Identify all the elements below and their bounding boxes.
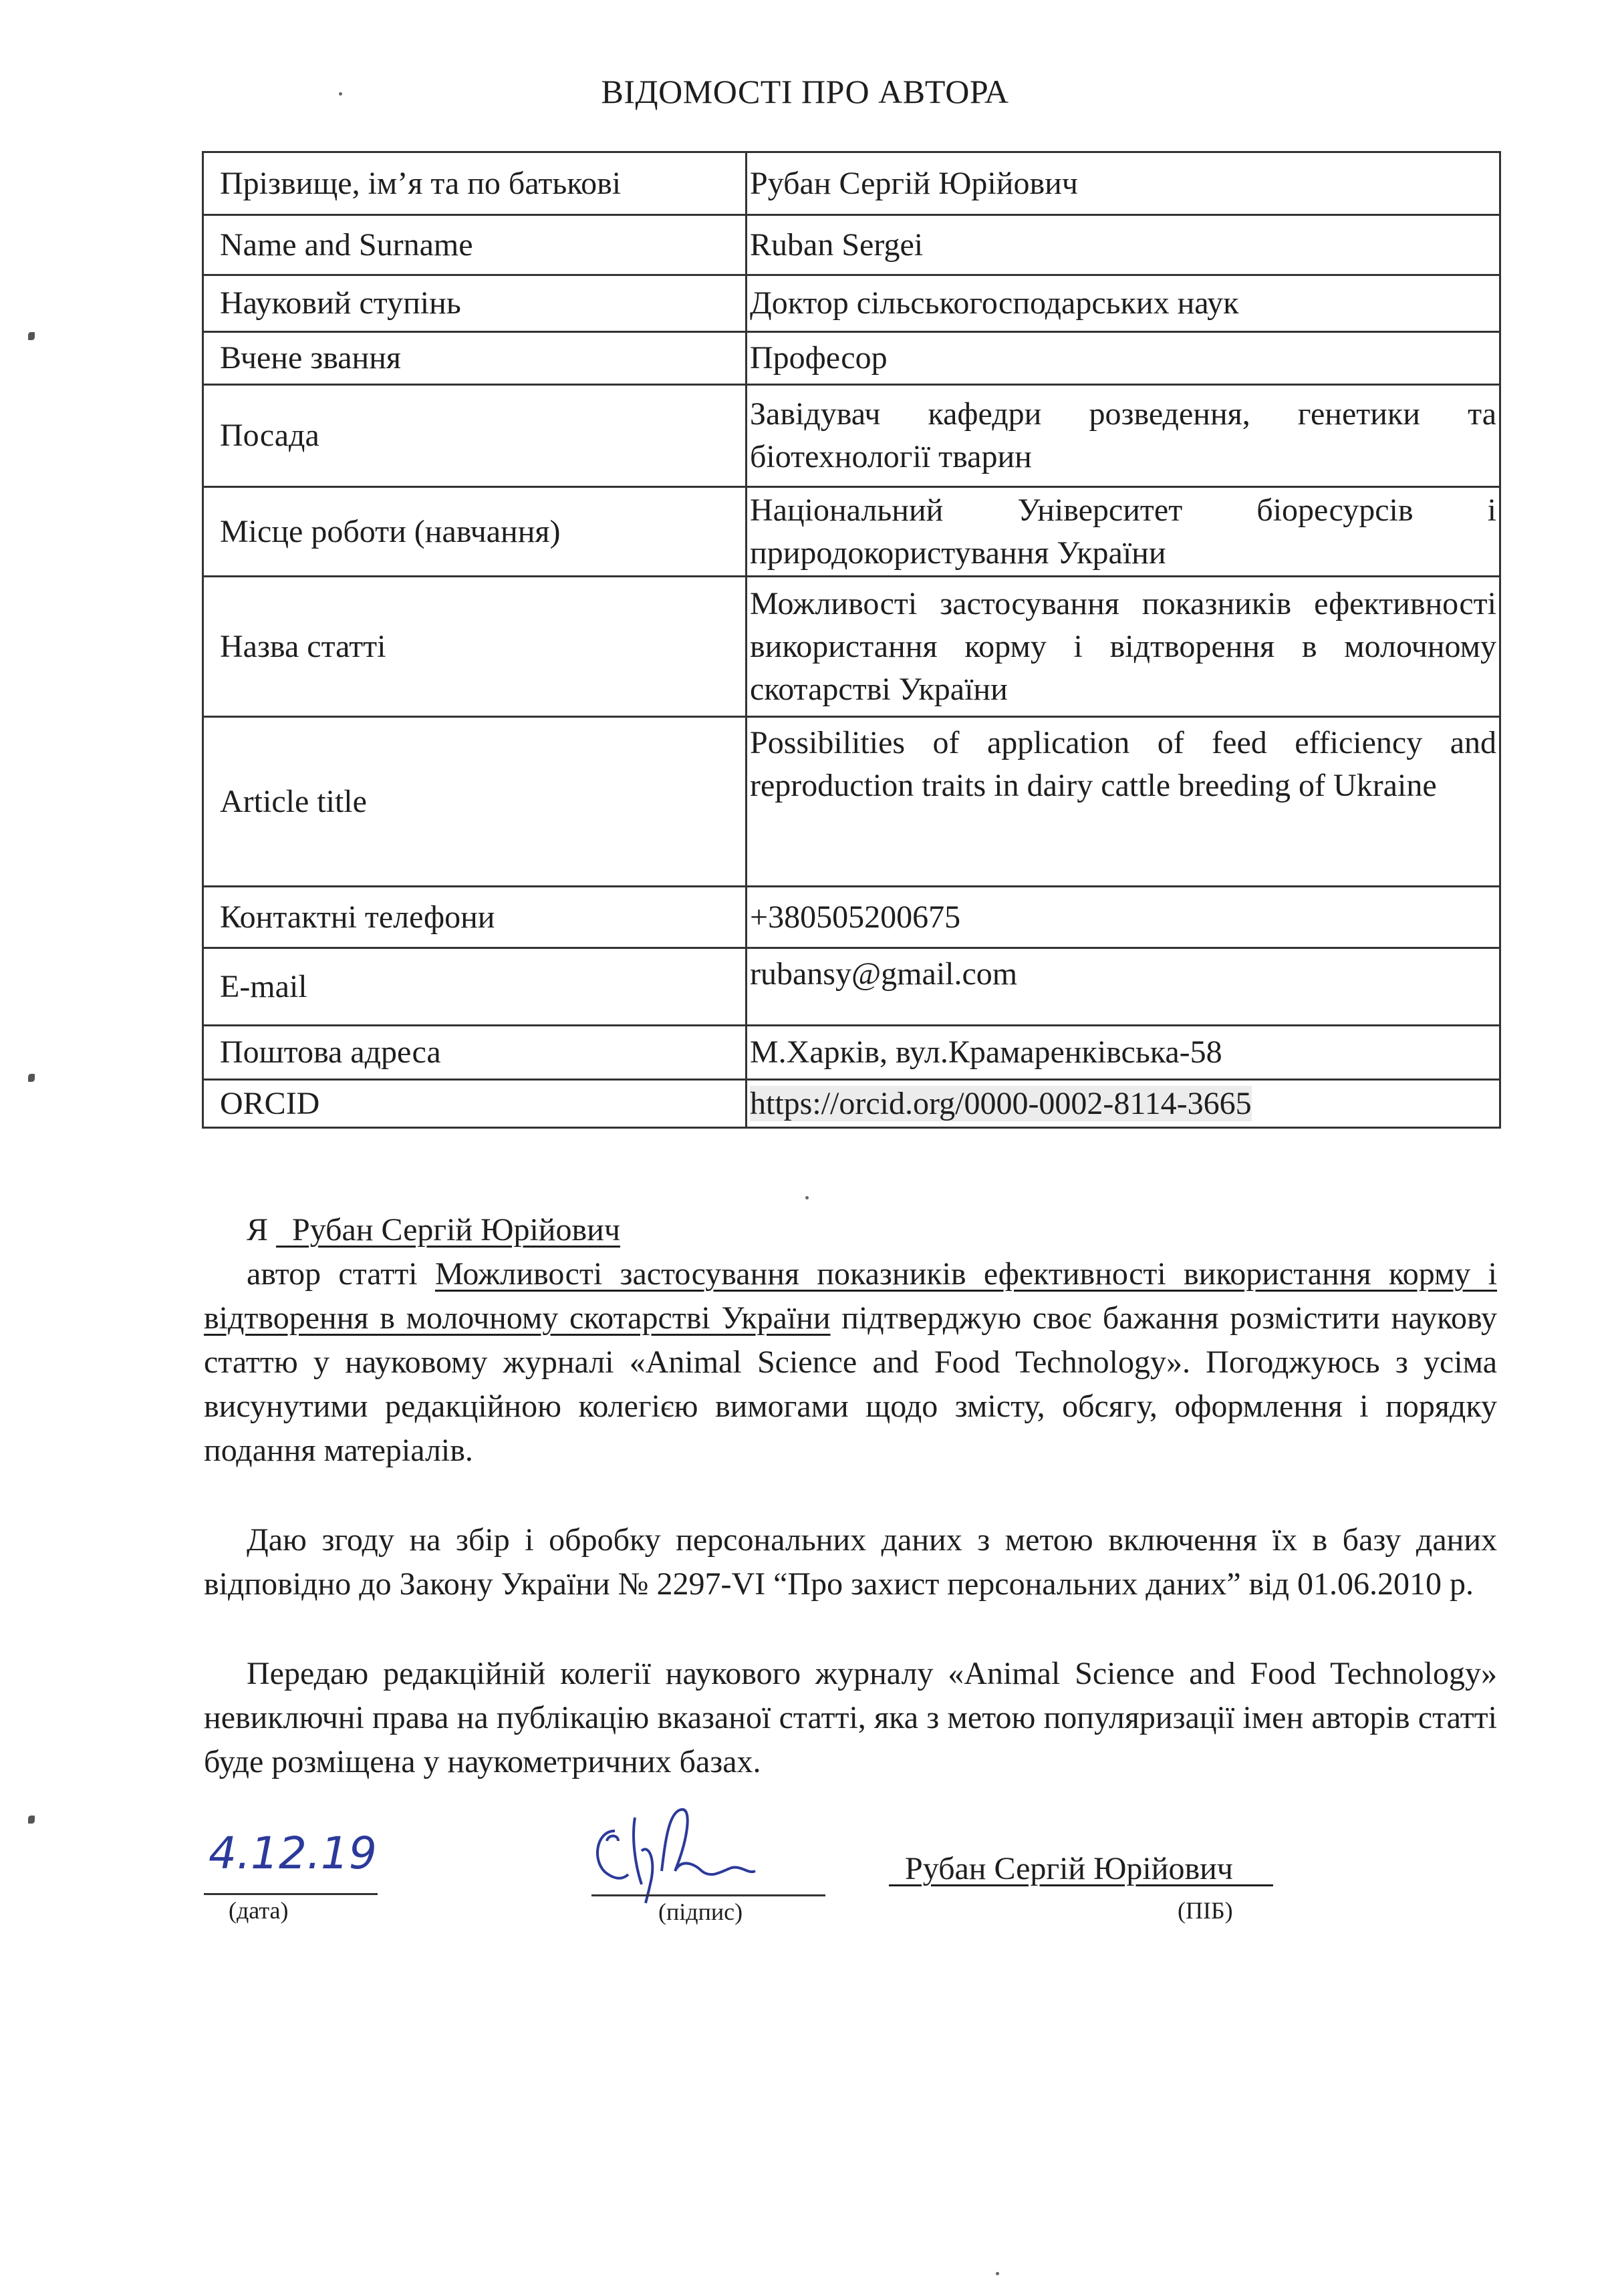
scan-dot — [339, 92, 342, 96]
date-line — [204, 1893, 378, 1895]
row-value: Рубан Сергій Юрійович — [747, 152, 1500, 215]
row-value: rubansy@gmail.com — [747, 948, 1500, 1026]
table-row: E-mail rubansy@gmail.com — [203, 948, 1500, 1026]
table-row: Науковий ступінь Доктор сільськогосподар… — [203, 275, 1500, 332]
table-row: Поштова адреса М.Харків, вул.Крамаренків… — [203, 1026, 1500, 1080]
row-label: Контактні телефони — [203, 887, 747, 948]
table-row: Контактні телефони +380505200675 — [203, 887, 1500, 948]
signature-caption: (підпис) — [658, 1898, 743, 1926]
row-label: ORCID — [203, 1080, 747, 1128]
scan-mark — [28, 1816, 35, 1824]
row-label: Поштова адреса — [203, 1026, 747, 1080]
row-label: Науковий ступінь — [203, 275, 747, 332]
full-name: Рубан Сергій Юрійович — [889, 1851, 1273, 1886]
full-name-line: Рубан Сергій Юрійович — [889, 1847, 1370, 1891]
table-row: Вчене звання Професор — [203, 332, 1500, 385]
full-name-caption: (ПІБ) — [1178, 1896, 1233, 1924]
table-row: Article title Possibilities of applicati… — [203, 717, 1500, 887]
declaration-paragraph-3: Передаю редакційній колегії наукового жу… — [204, 1652, 1497, 1784]
table-row: Name and Surname Ruban Sergei — [203, 215, 1500, 275]
row-label: Посада — [203, 385, 747, 487]
handwritten-date: 4.12.19 — [209, 1828, 377, 1879]
declaration-author-name: Рубан Сергій Юрійович — [276, 1212, 620, 1248]
table-row: Посада Завідувач кафедри розведення, ген… — [203, 385, 1500, 487]
declaration-paragraph-1: автор статті Можливості застосування пок… — [204, 1252, 1497, 1473]
row-value: Possibilities of application of feed eff… — [747, 717, 1500, 887]
document-title: ВІДОМОСТІ ПРО АВТОРА — [0, 72, 1610, 111]
table-row: Місце роботи (навчання) Національний Уні… — [203, 487, 1500, 577]
row-label: Name and Surname — [203, 215, 747, 275]
row-value: +380505200675 — [747, 887, 1500, 948]
row-value: Можливості застосування показників ефект… — [747, 577, 1500, 717]
row-value: Національний Університет біоресурсів і п… — [747, 487, 1500, 577]
scan-dot — [996, 2272, 999, 2275]
date-caption: (дата) — [229, 1896, 289, 1924]
row-label: E-mail — [203, 948, 747, 1026]
row-label: Місце роботи (навчання) — [203, 487, 747, 577]
row-value: Завідувач кафедри розведення, генетики т… — [747, 385, 1500, 487]
author-of-article-prefix: автор статті — [247, 1256, 418, 1292]
row-value: Ruban Sergei — [747, 215, 1500, 275]
orcid-link[interactable]: https://orcid.org/0000-0002-8114-3665 — [750, 1086, 1252, 1121]
scan-dot — [805, 1196, 809, 1199]
row-value: Доктор сільськогосподарських наук — [747, 275, 1500, 332]
i-prefix: Я — [204, 1212, 268, 1248]
row-value: М.Харків, вул.Крамаренківська-58 — [747, 1026, 1500, 1080]
declaration-paragraph-2: Даю згоду на збір і обробку персональних… — [204, 1518, 1497, 1606]
row-label: Article title — [203, 717, 747, 887]
row-label: Прізвище, ім’я та по батькові — [203, 152, 747, 215]
row-value: Професор — [747, 332, 1500, 385]
author-info-table: Прізвище, ім’я та по батькові Рубан Серг… — [202, 151, 1501, 1129]
table-row: Прізвище, ім’я та по батькові Рубан Серг… — [203, 152, 1500, 215]
table-row: Назва статті Можливості застосування пок… — [203, 577, 1500, 717]
full-name-text: Рубан Сергій Юрійович — [905, 1851, 1233, 1886]
table-row: ORCID https://orcid.org/0000-0002-8114-3… — [203, 1080, 1500, 1128]
orcid-value: https://orcid.org/0000-0002-8114-3665 — [747, 1080, 1500, 1128]
signature-icon — [588, 1804, 829, 1904]
scan-mark — [28, 332, 35, 340]
declaration-name-line: Я Рубан Сергій Юрійович — [204, 1208, 1497, 1252]
row-label: Назва статті — [203, 577, 747, 717]
signature-line — [591, 1894, 825, 1896]
scan-mark — [28, 1074, 35, 1082]
row-label: Вчене звання — [203, 332, 747, 385]
declaration-author-name-text: Рубан Сергій Юрійович — [292, 1212, 620, 1248]
